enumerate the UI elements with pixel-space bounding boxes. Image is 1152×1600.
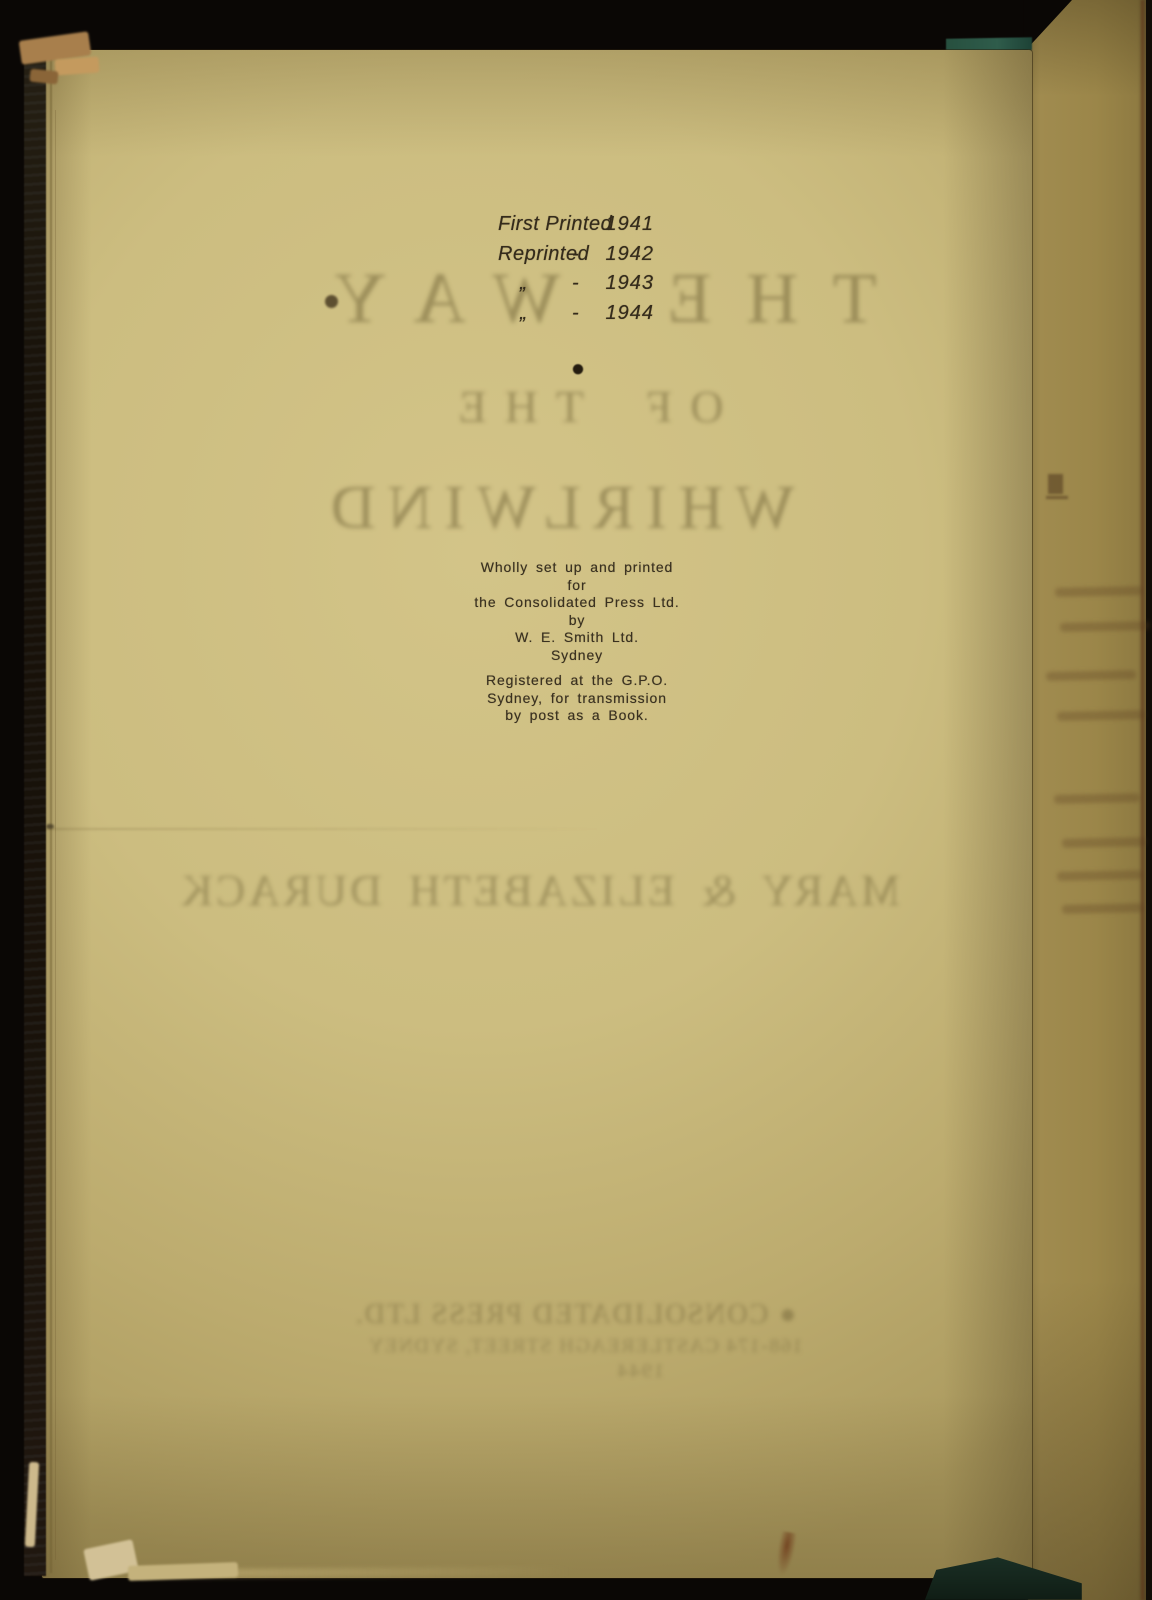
showthrough-header-underline (1046, 496, 1068, 499)
showthrough-year: 1944 (490, 1361, 790, 1381)
printing-history: First Printed 1941 Reprinted - 1942 „ - … (498, 213, 654, 331)
showthrough-title-line2: OF THE (432, 384, 732, 430)
separator-dot: ● (558, 355, 598, 383)
printing-history-year: 1942 (606, 243, 655, 266)
paper-crease (42, 828, 602, 830)
showthrough-text-line (1062, 903, 1144, 914)
showthrough-text-line (1054, 793, 1140, 804)
showthrough-text-line (1046, 670, 1136, 681)
showthrough-text-line (1057, 870, 1143, 881)
showthrough-authors: MARY & ELIZABETH DURACK (200, 869, 900, 913)
printing-history-row: „ - 1943 (498, 272, 654, 302)
worn-corner-chip (29, 69, 58, 85)
printing-history-label: „ (498, 302, 527, 325)
showthrough-publisher: ● CONSOLIDATED PRESS LTD. (335, 1301, 815, 1329)
colophon-line: for (427, 577, 727, 595)
colophon-line: Sydney (427, 647, 727, 665)
registration-line: Sydney, for transmission (427, 690, 727, 708)
printing-history-dash: - (572, 272, 579, 295)
printing-history-row: Reprinted - 1942 (498, 243, 654, 273)
printing-history-year: 1943 (606, 272, 655, 295)
printing-history-year: 1941 (606, 213, 655, 236)
printing-history-year: 1944 (606, 302, 655, 325)
printing-history-label: First Printed (498, 213, 612, 236)
page-stack-edge (55, 110, 56, 1560)
showthrough-text-line (1060, 621, 1150, 632)
showthrough-text-line (1055, 586, 1143, 597)
printing-history-dash: - (572, 243, 579, 266)
book-spine (24, 48, 46, 1576)
colophon-line: the Consolidated Press Ltd. (427, 594, 727, 612)
colophon-line: W. E. Smith Ltd. (427, 629, 727, 647)
showthrough-address: 168-174 CASTLEREAGH STREET, SYDNEY (345, 1336, 825, 1356)
ink-spot (325, 295, 338, 308)
copyright-page: THE WAY OF THE WHIRLWIND MARY & ELIZABET… (42, 50, 1032, 1578)
paper-speck (46, 824, 54, 829)
colophon-line: by (427, 612, 727, 630)
cover-inner-edge-line (1141, 0, 1144, 1600)
book-photo: THE WAY OF THE WHIRLWIND MARY & ELIZABET… (0, 0, 1152, 1600)
cover-inner-edge (1146, 0, 1152, 1600)
showthrough-text-line (1062, 837, 1146, 848)
printing-history-row: First Printed 1941 (498, 213, 654, 243)
stain (773, 1531, 797, 1577)
colophon-line: Wholly set up and printed (427, 559, 727, 577)
registration-line: Registered at the G.P.O. (427, 672, 727, 690)
colophon: Wholly set up and printed for the Consol… (427, 559, 727, 664)
page-stack-edge (50, 58, 52, 1573)
registration-notice: Registered at the G.P.O. Sydney, for tra… (427, 672, 727, 725)
printing-history-label: „ (498, 272, 527, 295)
registration-line: by post as a Book. (427, 707, 727, 725)
printing-history-row: „ - 1944 (498, 302, 654, 332)
worn-corner-chip (128, 1562, 238, 1581)
worn-corner-chip (54, 56, 99, 75)
showthrough-text-line (1057, 710, 1145, 721)
showthrough-title-line3: WHIRLWIND (264, 477, 849, 539)
showthrough-header-smudge (1048, 474, 1063, 494)
printing-history-dash: - (572, 302, 579, 325)
